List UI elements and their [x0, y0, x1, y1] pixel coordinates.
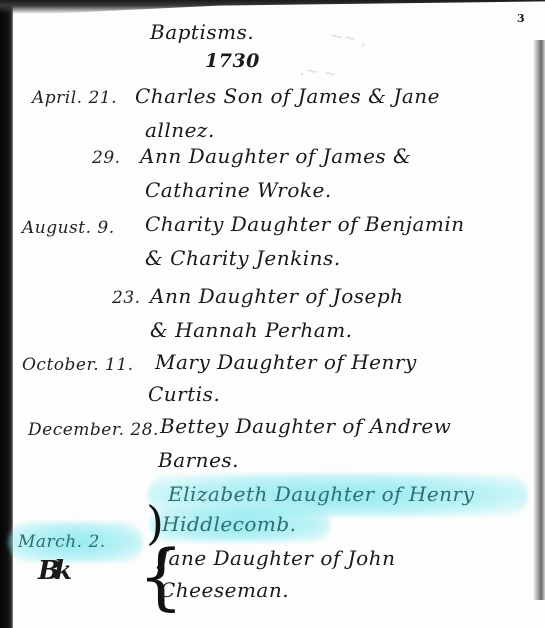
entry-line: Ann Daughter of Joseph — [150, 284, 404, 308]
entry-date: December. 28. — [28, 420, 159, 440]
register-heading: Baptisms. — [150, 20, 254, 44]
page-top-edge — [0, 0, 545, 14]
entry-line: Barnes. — [158, 448, 239, 472]
entry-line: & Hannah Perham. — [150, 318, 353, 342]
bleed-through-ink: .~ ~ — [299, 60, 338, 84]
entry-line: Jane Daughter of John — [160, 546, 395, 570]
entry-line: Cheeseman. — [160, 578, 289, 602]
entry-line: Charles Son of James & Jane — [135, 84, 440, 108]
page-number: 3 — [517, 12, 525, 25]
entry-date: 23. — [112, 288, 141, 308]
page-right-edge — [533, 40, 545, 600]
entry-date: April. 21. — [32, 88, 117, 108]
entry-line: Ann Daughter of James & — [140, 144, 411, 168]
entry-line: Charity Daughter of Benjamin — [145, 212, 465, 236]
entry-line: & Charity Jenkins. — [145, 246, 341, 270]
entry-line: Catharine Wroke. — [145, 178, 332, 202]
entry-line: allnez. — [145, 118, 215, 142]
entry-line-highlighted: Hiddlecomb. — [162, 512, 297, 536]
entry-line: Bettey Daughter of Andrew — [160, 414, 451, 438]
entry-date: October. 11. — [22, 355, 134, 375]
entry-date: August. 9. — [22, 218, 115, 238]
margin-monogram: Bk — [38, 556, 66, 586]
entry-line-highlighted: Elizabeth Daughter of Henry — [168, 482, 474, 506]
entry-line: Curtis. — [148, 382, 220, 406]
entry-date: 29. — [92, 148, 121, 168]
register-year: 1730 — [205, 50, 260, 72]
manuscript-page: ~~ , .~ ~ 3 Baptisms. 1730 April. 21. Ch… — [0, 0, 545, 628]
entry-date-highlighted: March. 2. — [18, 532, 106, 552]
entry-line: Mary Daughter of Henry — [155, 350, 417, 374]
bleed-through-ink: ~~ , — [329, 26, 368, 50]
